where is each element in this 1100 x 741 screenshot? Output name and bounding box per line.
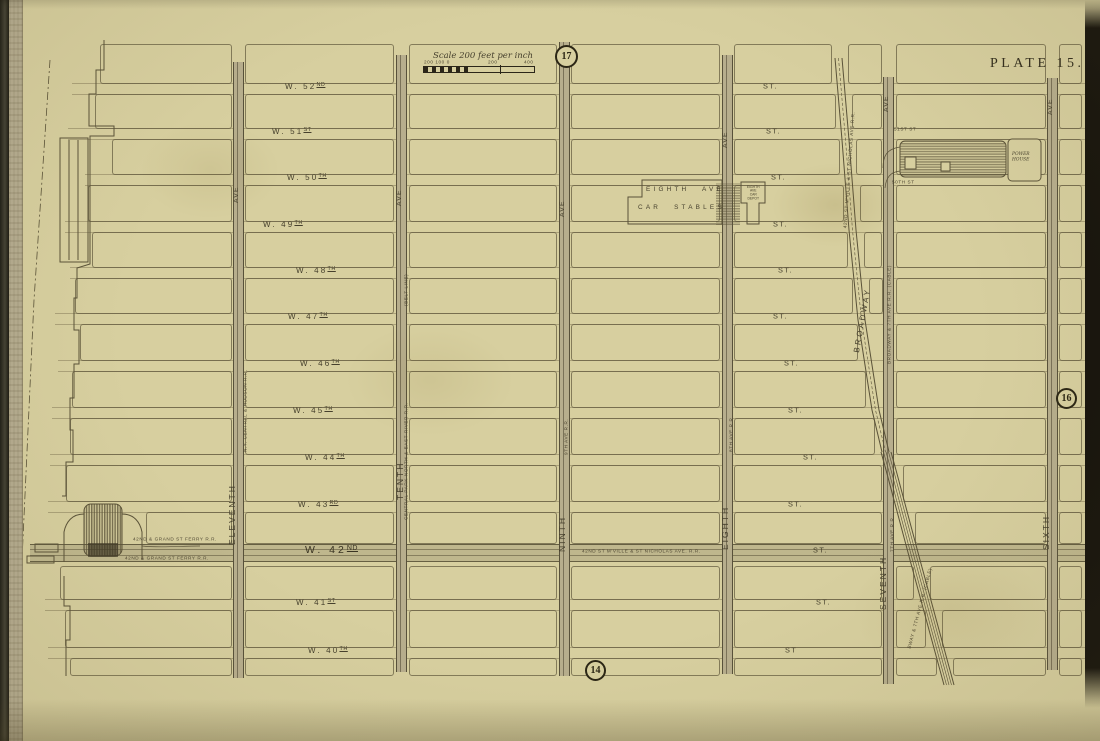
city-block	[409, 139, 557, 175]
city-block	[860, 185, 882, 222]
city-block	[896, 185, 1046, 222]
city-block	[571, 418, 720, 455]
city-block	[409, 566, 557, 600]
city-block	[896, 44, 1046, 84]
city-block	[245, 139, 394, 175]
city-block	[953, 658, 1046, 676]
city-block	[409, 512, 557, 544]
avenue-ninth	[559, 42, 570, 676]
street-label: W. 48TH	[296, 267, 336, 275]
city-block	[75, 278, 232, 314]
city-block	[245, 371, 394, 408]
city-block	[245, 566, 394, 600]
avenue-name-label: SEVENTH	[879, 556, 888, 610]
city-block	[942, 610, 1046, 648]
city-block	[245, 512, 394, 544]
street-st-label: ST.	[771, 174, 786, 181]
city-block	[571, 465, 720, 502]
city-block	[1059, 278, 1082, 314]
avenue-rr-label: CENTRAL PARK NORTH & EAST RIVER R.R.	[404, 403, 409, 520]
city-block	[409, 44, 557, 84]
city-block	[409, 94, 557, 129]
city-block	[571, 232, 720, 268]
city-block	[409, 278, 557, 314]
city-block	[245, 610, 394, 648]
city-block	[896, 324, 1046, 361]
city-block	[409, 465, 557, 502]
city-block	[245, 465, 394, 502]
city-block	[571, 324, 720, 361]
city-block	[896, 139, 1046, 175]
street-st-label: ST.	[763, 83, 778, 90]
city-block	[409, 324, 557, 361]
city-block	[245, 94, 394, 129]
city-block	[70, 658, 232, 676]
street-st-label: ST.	[766, 128, 781, 135]
city-block	[88, 185, 232, 222]
city-block	[734, 278, 853, 314]
city-block	[571, 658, 720, 676]
plate-black-border	[1085, 0, 1100, 741]
city-block	[1059, 139, 1082, 175]
city-block	[245, 44, 394, 84]
city-block	[852, 94, 882, 129]
avenue-rr2-label: BROADWAY & 7TH AVE R.R. (CABLE)	[887, 265, 892, 364]
city-block	[571, 278, 720, 314]
city-block	[930, 566, 1046, 600]
city-block	[1059, 465, 1082, 502]
street-label: W. 44TH	[305, 454, 345, 462]
city-block	[896, 232, 1046, 268]
avenue-rr-label: 9TH AVE R.R.	[564, 419, 569, 455]
street-label: W. 43RD	[298, 501, 338, 509]
city-block	[734, 418, 875, 455]
avenue-rr-label: 8TH AVE R.R.	[729, 416, 734, 452]
street-label: W. 52ND	[285, 83, 325, 91]
city-block	[1059, 44, 1082, 84]
city-block	[245, 185, 394, 222]
street-label: W. 41ST	[296, 599, 335, 607]
city-block	[903, 465, 1046, 502]
city-block	[1059, 610, 1082, 648]
city-block	[734, 44, 832, 84]
city-block	[245, 232, 394, 268]
book-binding-edge	[0, 0, 9, 741]
city-block	[734, 232, 848, 268]
avenue-rr-label: 7TH AVE R.R.	[890, 516, 895, 552]
map-generated-layer: W. 52NDST.W. 51STST.W. 50THST.W. 49THST.…	[0, 0, 1100, 741]
city-block	[896, 658, 937, 676]
avenue-name-label: EIGHTH	[721, 506, 730, 550]
city-block	[571, 512, 720, 544]
city-block	[409, 185, 557, 222]
avenue-ave-label: AVE	[883, 95, 890, 112]
street-st-label: ST.	[773, 313, 788, 320]
street-label: W. 42ND	[305, 545, 358, 556]
city-block	[1059, 185, 1082, 222]
city-block	[245, 324, 394, 361]
city-block	[146, 512, 232, 544]
city-block	[60, 566, 232, 600]
city-block	[1059, 94, 1082, 129]
city-block	[896, 418, 1046, 455]
street-label: W. 46TH	[300, 360, 340, 368]
street-st-label: ST.	[784, 360, 799, 367]
city-block	[734, 324, 858, 361]
city-block	[571, 185, 720, 222]
city-block	[571, 610, 720, 648]
city-block	[896, 610, 926, 648]
street-label: W. 45TH	[293, 407, 333, 415]
city-block	[734, 658, 882, 676]
street-st-label: ST.	[778, 267, 793, 274]
avenue-ave-label: AVE	[233, 186, 240, 203]
city-block	[856, 139, 882, 175]
avenue-name-label: NINTH	[558, 516, 567, 552]
city-block	[1059, 418, 1082, 455]
page-cloth-edge	[9, 0, 23, 741]
street-label: W. 50TH	[287, 174, 327, 182]
city-block	[734, 512, 882, 544]
avenue-ave-label: AVE	[396, 189, 403, 206]
street-st-label: ST	[785, 647, 797, 654]
city-block	[95, 94, 232, 129]
city-block	[896, 371, 1046, 408]
city-block	[571, 44, 720, 84]
avenue-ave-label: AVE	[1047, 98, 1054, 115]
street-ordinal: ND	[347, 545, 358, 552]
avenue-sixth	[1047, 78, 1058, 670]
avenue-name-label: ELEVENTH	[228, 484, 237, 545]
city-block	[896, 278, 1046, 314]
avenue-rr-label: N.Y. CENTRAL & HUDSON R.R.	[243, 369, 248, 452]
atlas-map-plate: W. 52NDST.W. 51STST.W. 50THST.W. 49THST.…	[0, 0, 1100, 741]
city-block	[1059, 566, 1082, 600]
city-block	[70, 418, 232, 455]
city-block	[896, 94, 1046, 129]
avenue-ave-label: AVE	[559, 200, 566, 217]
city-block	[80, 324, 232, 361]
city-block	[734, 139, 840, 175]
avenue-rr2-label: (BELT LINE)	[404, 274, 409, 306]
street-label: W. 40TH	[308, 647, 348, 655]
city-block	[1059, 512, 1082, 544]
city-block	[571, 371, 720, 408]
street-st-label: ST.	[788, 407, 803, 414]
city-block	[409, 418, 557, 455]
city-block	[245, 418, 394, 455]
street-label: W. 47TH	[288, 313, 328, 321]
street-st-label: ST.	[803, 454, 818, 461]
street-st-label: ST.	[813, 547, 828, 554]
city-block	[734, 94, 836, 129]
street-name: W. 42	[305, 544, 347, 556]
city-block	[409, 371, 557, 408]
city-block	[571, 566, 720, 600]
city-block	[869, 278, 883, 314]
city-block	[896, 566, 914, 600]
city-block	[734, 465, 882, 502]
city-block	[65, 610, 232, 648]
avenue-tenth	[396, 55, 407, 672]
city-block	[864, 232, 882, 268]
city-block	[1059, 371, 1082, 408]
city-block	[92, 232, 232, 268]
street-st-label: ST.	[788, 501, 803, 508]
city-block	[245, 278, 394, 314]
street-st-label: ST.	[816, 599, 831, 606]
city-block	[571, 94, 720, 129]
avenue-ave-label: AVE	[722, 131, 729, 148]
city-block	[245, 658, 394, 676]
city-block	[1059, 232, 1082, 268]
city-block	[409, 658, 557, 676]
street-st-label: ST.	[773, 221, 788, 228]
city-block	[66, 465, 232, 502]
city-block	[112, 139, 232, 175]
city-block	[72, 371, 232, 408]
city-block	[1059, 324, 1082, 361]
city-block	[915, 512, 1046, 544]
city-block	[100, 44, 232, 84]
city-block	[734, 566, 882, 600]
city-block	[409, 610, 557, 648]
avenue-name-label: SIXTH	[1042, 515, 1051, 550]
street-label: W. 49TH	[263, 221, 303, 229]
city-block	[409, 232, 557, 268]
street-label: W. 51ST	[272, 128, 311, 136]
city-block	[734, 610, 882, 648]
city-block	[734, 185, 844, 222]
city-block	[848, 44, 882, 84]
city-block	[571, 139, 720, 175]
city-block	[1059, 658, 1082, 676]
city-block	[734, 371, 866, 408]
